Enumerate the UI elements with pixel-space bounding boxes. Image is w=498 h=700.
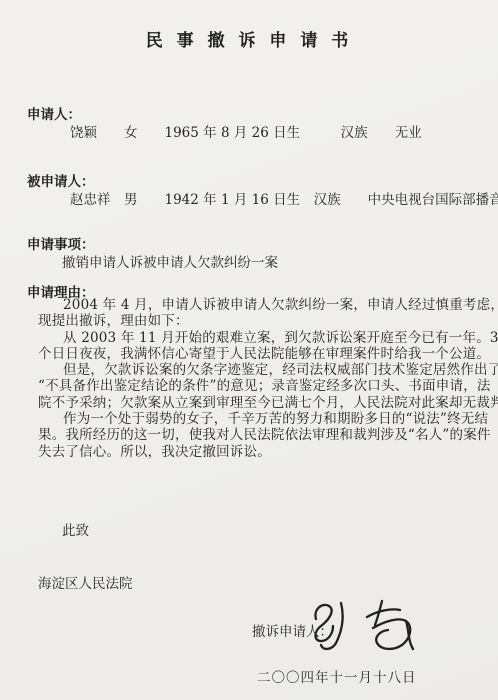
closing-court-name: 海淀区人民法院	[38, 572, 133, 592]
reason-line: 但是，欠款诉讼案的欠条字迹鉴定，经司法权威部门技术鉴定居然作出了	[38, 362, 460, 378]
matter-label: 申请事项：	[27, 233, 95, 253]
reason-line: 果。我所经历的这一切，使我对人民法院依法审理和裁判涉及“名人”的案件	[38, 427, 460, 443]
applicant-info: 饶颖 女 1965 年 8 月 26 日生 汉族 无业	[70, 121, 422, 141]
document-title: 民 事 撤 诉 申 请 书	[0, 26, 498, 51]
reason-line: 个日日夜夜，我满怀信心寄望于人民法院能够在审理案件时给我一个公道。	[38, 346, 460, 362]
reason-line: 现提出撤诉，理由如下：	[38, 313, 460, 329]
reason-line: 作为一个处于弱势的女子，千辛万苦的努力和期盼多日的“说法”终无结	[38, 411, 460, 427]
reason-line: 失去了信心。所以，我决定撤回诉讼。	[38, 444, 460, 460]
reason-body: 2004 年 4 月，申请人诉被申请人欠款纠纷一案，申请人经过慎重考虑， 现提出…	[38, 297, 460, 460]
reason-line: 院不予采纳；欠款案从立案到审理至今已满七个月，人民法院对此案却无裁判。	[38, 395, 460, 411]
respondent-label: 被申请人：	[27, 170, 95, 190]
reason-line: 从 2003 年 11 月开始的艰难立案，到欠款诉讼案开庭至今已有一年。365	[38, 330, 460, 346]
signature-handwriting-icon	[303, 595, 421, 657]
document-page: 民 事 撤 诉 申 请 书 申请人： 饶颖 女 1965 年 8 月 26 日生…	[0, 0, 498, 700]
closing-salute: 此致	[62, 519, 89, 539]
matter-content: 撤销申请人诉被申请人欠款纠纷一案	[62, 251, 278, 271]
signature-date: 二〇〇四年十一月十八日	[257, 666, 417, 686]
applicant-label: 申请人：	[27, 103, 81, 123]
respondent-info: 赵忠祥 男 1942 年 1 月 16 日生 汉族 中央电视台国际部播音员	[70, 188, 498, 208]
reason-line: “不具备作出鉴定结论的条件”的意见；录音鉴定经多次口头、书面申请，法	[38, 378, 460, 394]
reason-line: 2004 年 4 月，申请人诉被申请人欠款纠纷一案，申请人经过慎重考虑，	[38, 297, 460, 313]
